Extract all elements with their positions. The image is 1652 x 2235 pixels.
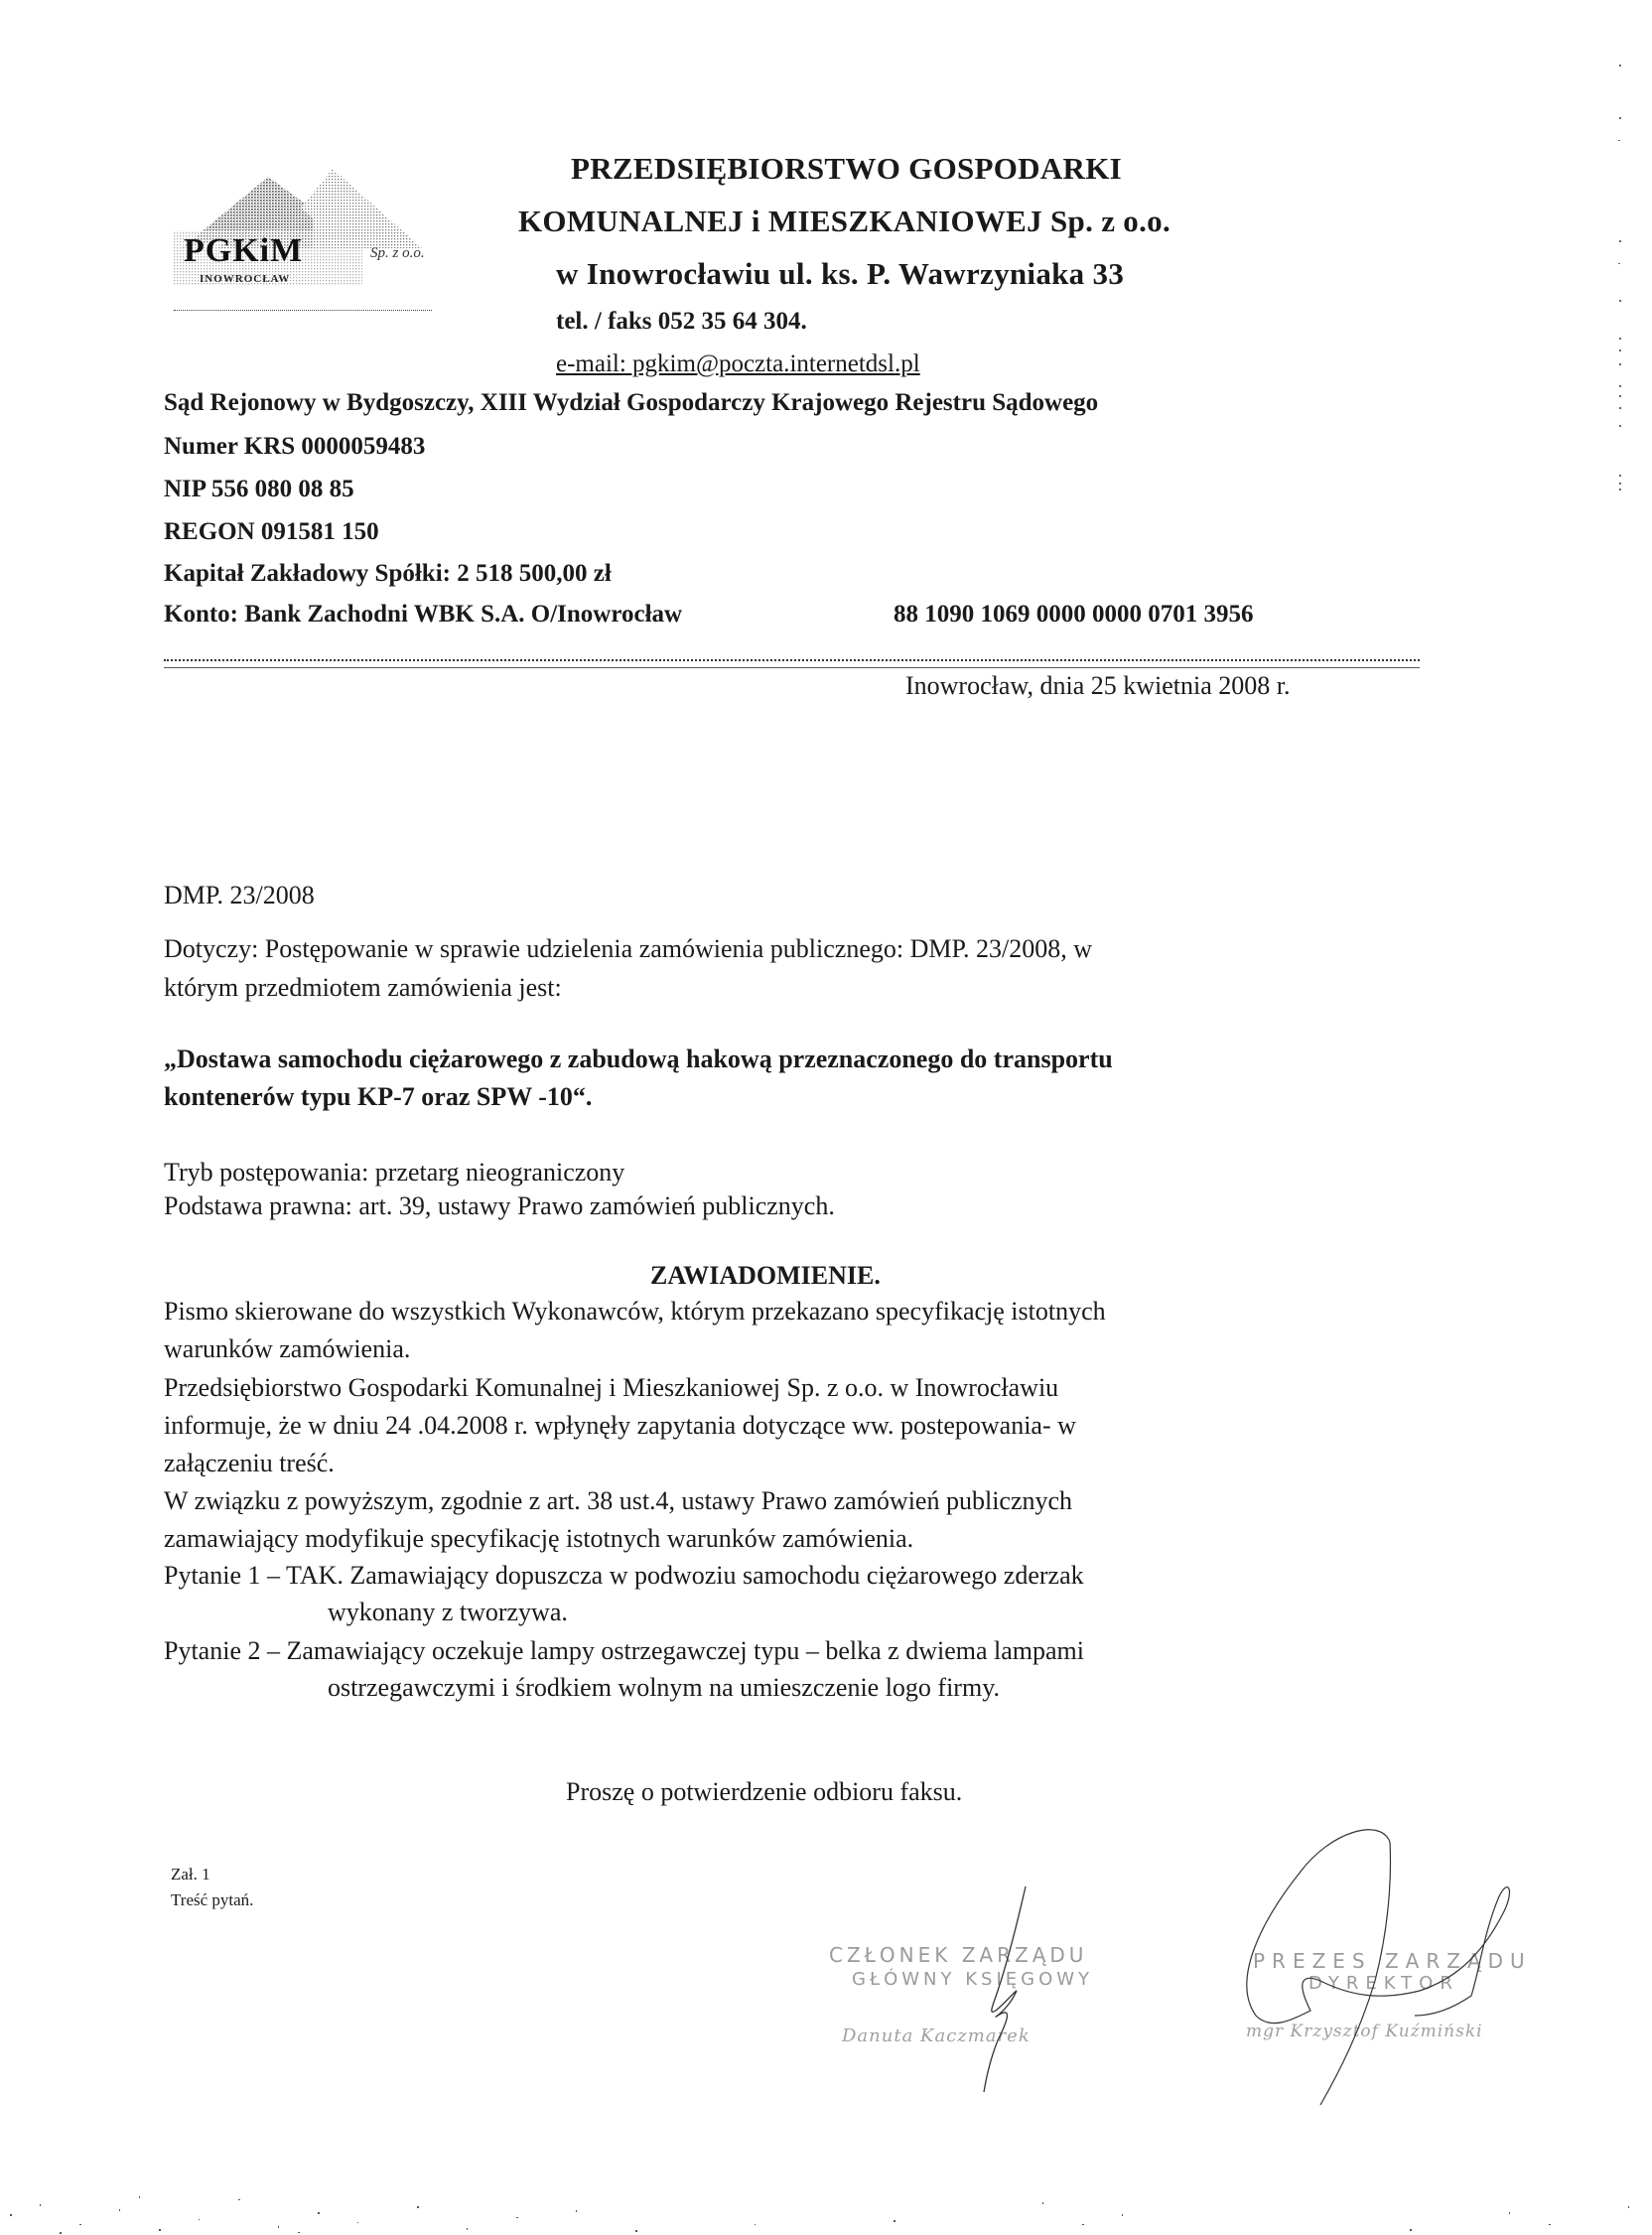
header-divider-line xyxy=(164,667,1420,668)
logo-name: PGKiM xyxy=(184,234,303,268)
subject-line-2: którym przedmiotem zamówienia jest: xyxy=(164,975,562,1001)
notice-line: Pismo skierowane do wszystkich Wykonawcó… xyxy=(164,1299,1106,1325)
company-logo: PGKiM INOWROCŁAW Sp. z o.o. xyxy=(174,149,432,308)
question-2: Pytanie 2 – Zamawiający oczekuje lampy o… xyxy=(164,1638,1084,1664)
krs-number: Numer KRS 0000059483 xyxy=(164,433,425,461)
letterhead-phone: tel. / faks 052 35 64 304. xyxy=(556,308,807,336)
logo-underline xyxy=(174,310,432,311)
order-title-line-1: „Dostawa samochodu ciężarowego z zabudow… xyxy=(164,1047,1113,1072)
question-1: Pytanie 1 – TAK. Zamawiający dopuszcza w… xyxy=(164,1563,1084,1589)
bank-account-name: Konto: Bank Zachodni WBK S.A. O/Inowrocł… xyxy=(164,601,682,629)
signature-1-icon xyxy=(968,1882,1047,2095)
logo-legal-form: Sp. z o.o. xyxy=(370,245,425,262)
letterhead-line-1: PRZEDSIĘBIORSTWO GOSPODARKI xyxy=(571,151,1122,187)
nip-number: NIP 556 080 08 85 xyxy=(164,476,354,503)
attachment-description: Treść pytań. xyxy=(171,1890,253,1910)
scan-noise-bottom xyxy=(0,2184,1652,2235)
question-2-answer-line-2: ostrzegawczymi i środkiem wolnym na umie… xyxy=(328,1675,1000,1701)
subject-line-1: Dotyczy: Postępowanie w sprawie udzielen… xyxy=(164,936,1092,962)
closing-request: Proszę o potwierdzenie odbioru faksu. xyxy=(566,1779,962,1805)
attachment-label: Zał. 1 xyxy=(171,1865,210,1885)
regon-number: REGON 091581 150 xyxy=(164,518,379,546)
letterhead-address: w Inowrocławiu ul. ks. P. Wawrzyniaka 33 xyxy=(556,256,1124,292)
procedure-mode: Tryb postępowania: przetarg nieograniczo… xyxy=(164,1160,624,1186)
reference-number: DMP. 23/2008 xyxy=(164,883,315,908)
notice-heading: ZAWIADOMIENIE. xyxy=(650,1263,881,1289)
question-1-answer-line-1: TAK. Zamawiający dopuszcza w podwoziu sa… xyxy=(286,1561,1084,1590)
signature-2-icon xyxy=(1211,1812,1569,2110)
bank-account-number: 88 1090 1069 0000 0000 0701 3956 xyxy=(894,601,1254,629)
stamp-1-title-1: CZŁONEK ZARZĄDU xyxy=(829,1943,1087,1967)
header-divider-dotted xyxy=(164,659,1420,661)
date-line: Inowrocław, dnia 25 kwietnia 2008 r. xyxy=(905,673,1291,699)
court-registration: Sąd Rejonowy w Bydgoszczy, XIII Wydział … xyxy=(164,389,1098,417)
question-2-label: Pytanie 2 – xyxy=(164,1636,287,1665)
logo-city: INOWROCŁAW xyxy=(200,273,290,285)
question-2-answer-line-1: Zamawiający oczekuje lampy ostrzegawczej… xyxy=(287,1636,1085,1665)
question-1-label: Pytanie 1 – xyxy=(164,1561,286,1590)
question-1-answer-line-2: wykonany z tworzywa. xyxy=(328,1600,568,1625)
notice-line: załączeniu treść. xyxy=(164,1451,335,1476)
notice-line: zamawiający modyfikuje specyfikację isto… xyxy=(164,1526,913,1552)
share-capital: Kapitał Zakładowy Spółki: 2 518 500,00 z… xyxy=(164,560,612,588)
scan-noise-margin xyxy=(1618,0,1622,1092)
procedure-legal-basis: Podstawa prawna: art. 39, ustawy Prawo z… xyxy=(164,1193,835,1219)
notice-line: warunków zamówienia. xyxy=(164,1336,410,1362)
order-title-line-2: kontenerów typu KP-7 oraz SPW -10“. xyxy=(164,1084,592,1110)
letterhead-line-2: KOMUNALNEJ i MIESZKANIOWEJ Sp. z o.o. xyxy=(518,204,1170,239)
notice-line: informuje, że w dniu 24 .04.2008 r. wpły… xyxy=(164,1413,1076,1439)
letterhead-email[interactable]: e-mail: pgkim@poczta.internetdsl.pl xyxy=(556,350,920,378)
notice-line: Przedsiębiorstwo Gospodarki Komunalnej i… xyxy=(164,1375,1058,1401)
notice-line: W związku z powyższym, zgodnie z art. 38… xyxy=(164,1488,1072,1514)
